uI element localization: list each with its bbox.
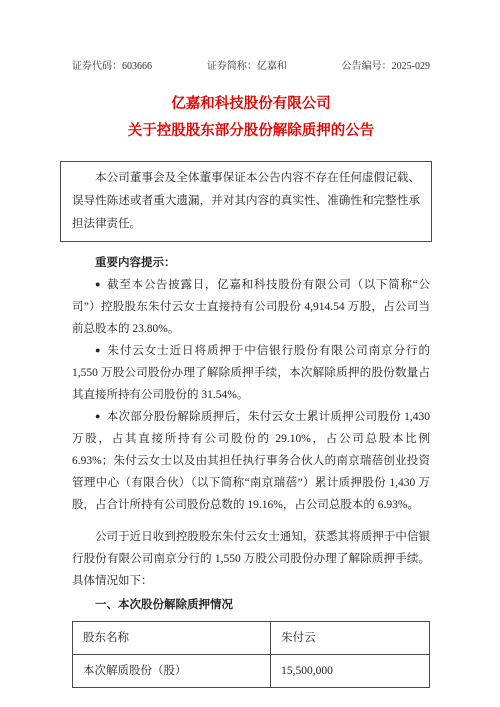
notice-bullet-2-text: 朱付云女士近日将质押于中信银行股份有限公司南京分行的 1,550 万股公司股份办…: [72, 345, 430, 401]
company-title: 亿嘉和科技股份有限公司: [72, 91, 430, 118]
notice-bullet-2: ●朱付云女士近日将质押于中信银行股份有限公司南京分行的 1,550 万股公司股份…: [72, 340, 430, 406]
table-row-shareholder: 股东名称 朱付云: [73, 622, 430, 655]
row-value-shareholder: 朱付云: [271, 622, 430, 655]
announcement-page: 证券代码：603666 证券简称：亿嘉和 公告编号：2025-029 亿嘉和科技…: [0, 0, 500, 707]
document-header: 证券代码：603666 证券简称：亿嘉和 公告编号：2025-029: [72, 60, 430, 73]
important-notice-heading: 重要内容提示：: [72, 252, 430, 274]
board-disclaimer: 本公司董事会及全体董事保证本公告内容不存在任何虚假记载、误导性陈述或者重大遗漏，…: [60, 161, 432, 242]
table-row-released-shares: 本次解质股份（股） 15,500,000: [73, 655, 430, 688]
row-label-released-shares: 本次解质股份（股）: [73, 655, 271, 688]
notice-bullet-3-text: 本次部分股份解除质押后，朱付云女士累计质押公司股份 1,430 万股，占其直接所…: [72, 411, 430, 511]
stock-abbreviation: 证券简称：亿嘉和: [207, 60, 287, 73]
row-label-shareholder: 股东名称: [73, 622, 271, 655]
notice-bullet-1-text: 截至本公告披露日，亿嘉和科技股份有限公司（以下简称“公司”）控股股东朱付云女士直…: [72, 279, 430, 335]
row-value-released-shares: 15,500,000: [271, 655, 430, 688]
bullet-icon: ●: [95, 345, 101, 355]
notice-bullet-1: ●截至本公告披露日，亿嘉和科技股份有限公司（以下简称“公司”）控股股东朱付云女士…: [72, 274, 430, 340]
announcement-number: 公告编号：2025-029: [342, 60, 430, 73]
announcement-subject: 关于控股股东部分股份解除质押的公告: [72, 118, 430, 145]
notice-bullet-3: ●本次部分股份解除质押后，朱付云女士累计质押公司股份 1,430 万股，占其直接…: [72, 406, 430, 516]
bullet-icon: ●: [95, 411, 101, 421]
pledge-release-table: 股东名称 朱付云 本次解质股份（股） 15,500,000: [72, 621, 430, 688]
bullet-icon: ●: [95, 279, 101, 289]
body-paragraph: 公司于近日收到控股股东朱付云女士通知，获悉其将质押于中信银行股份有限公司南京分行…: [72, 526, 430, 592]
section-1-heading: 一、本次股份解除质押情况: [72, 594, 430, 616]
stock-code: 证券代码：603666: [72, 60, 152, 73]
